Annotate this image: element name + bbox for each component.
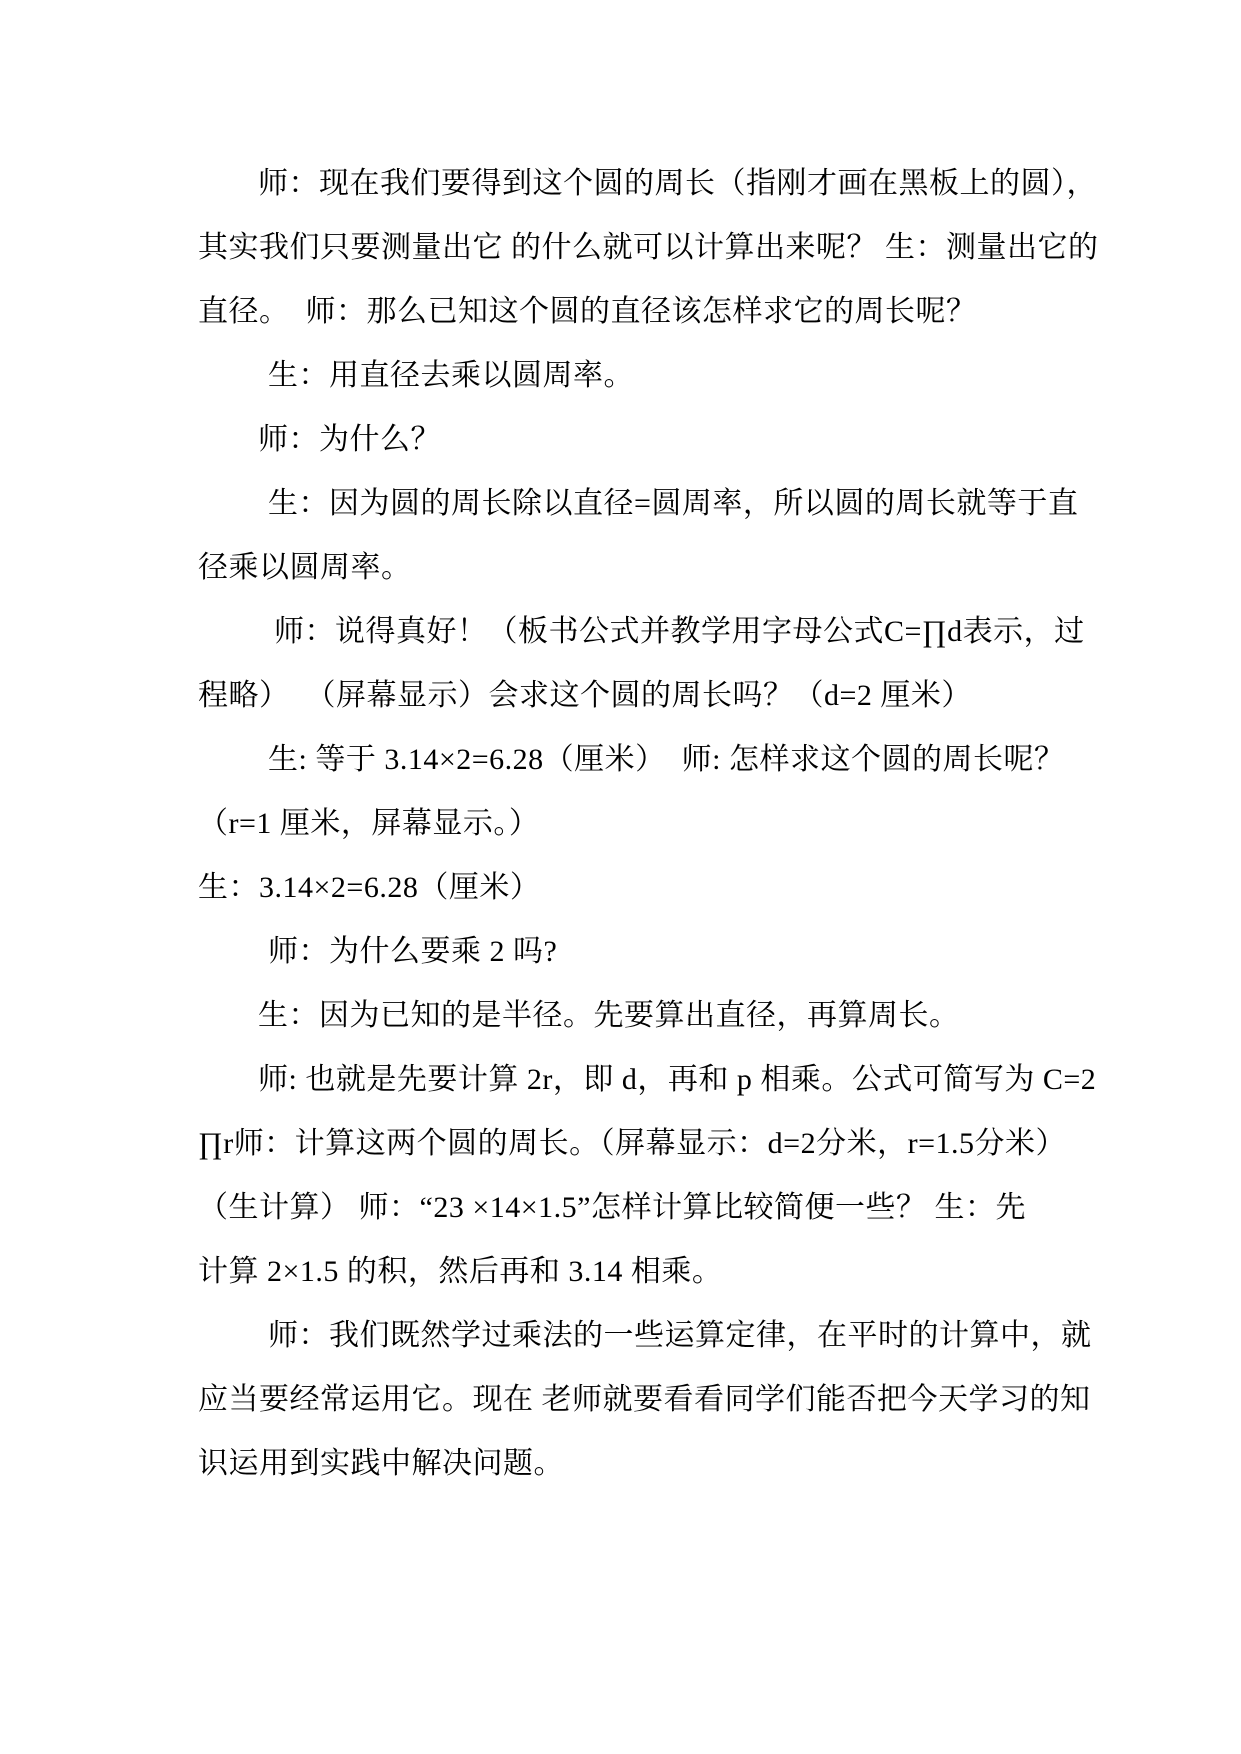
text-line: 师: 也就是先要计算 2r，即 d，再和 p 相乘。公式可简写为 C=2: [198, 1048, 1071, 1112]
text-line: 应当要经常运用它。现在 老师就要看看同学们能否把今天学习的知: [198, 1368, 1071, 1432]
text-line: 生：因为已知的是半径。先要算出直径，再算周长。: [198, 984, 1071, 1048]
text-line: 师：为什么？: [198, 408, 1071, 472]
text-line: 师：我们既然学过乘法的一些运算定律，在平时的计算中，就: [198, 1304, 1071, 1368]
text-line: 程略） （屏幕显示）会求这个圆的周长吗？（d=2 厘米）: [198, 664, 1071, 728]
text-line: 生：用直径去乘以圆周率。: [198, 344, 1071, 408]
text-line: 师：为什么要乘 2 吗?: [198, 920, 1071, 984]
text-line: 生：因为圆的周长除以直径=圆周率，所以圆的周长就等于直: [198, 472, 1071, 536]
text-line: 其实我们只要测量出它 的什么就可以计算出来呢？ 生：测量出它的: [198, 216, 1071, 280]
text-line: 计算 2×1.5 的积，然后再和 3.14 相乘。: [198, 1240, 1071, 1304]
text-line: 识运用到实践中解决问题。: [198, 1432, 1071, 1496]
text-line: 师：说得真好！（板书公式并教学用字母公式C=∏d表示，过: [198, 600, 1071, 664]
text-line: ∏r师：计算这两个圆的周长。（屏幕显示：d=2分米，r=1.5分米）: [198, 1112, 1071, 1176]
document-page: 师：现在我们要得到这个圆的周长（指刚才画在黑板上的圆）， 其实我们只要测量出它 …: [0, 0, 1241, 1754]
text-line: 直径。 师：那么已知这个圆的直径该怎样求它的周长呢？: [198, 280, 1071, 344]
text-line: （生计算） 师：“23 ×14×1.5”怎样计算比较简便一些？ 生：先: [198, 1176, 1071, 1240]
text-line: 径乘以圆周率。: [198, 536, 1071, 600]
text-line: 生: 等于 3.14×2=6.28（厘米） 师: 怎样求这个圆的周长呢？: [198, 728, 1071, 792]
text-line: 生：3.14×2=6.28（厘米）: [198, 856, 1071, 920]
text-line: 师：现在我们要得到这个圆的周长（指刚才画在黑板上的圆），: [198, 152, 1071, 216]
text-line: （r=1 厘米，屏幕显示。）: [198, 792, 1071, 856]
